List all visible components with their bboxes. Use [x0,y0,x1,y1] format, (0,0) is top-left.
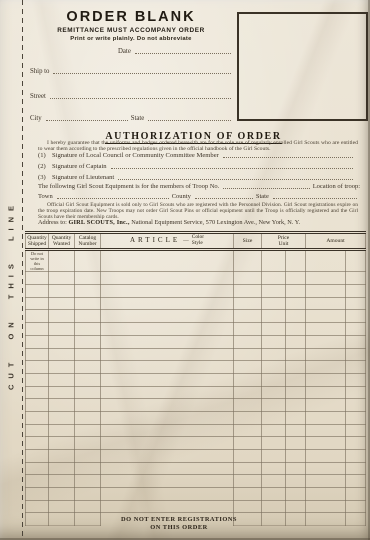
table-cell [286,323,306,336]
signature-1-number: (1) [38,152,52,159]
table-cell [101,361,234,374]
street-row: Street [30,93,234,100]
table-row [26,411,366,424]
table-cell [306,437,346,450]
troop-number-row: The following Girl Scout Equipment is fo… [38,183,360,190]
order-table-body: Do not write in this column [26,250,366,526]
table-cell [49,285,75,298]
table-cell [75,323,101,336]
footer-line-1: DO NOT ENTER REGISTRATIONS [104,516,254,524]
table-cell [49,348,75,361]
table-cell [26,488,49,501]
table-cell [75,450,101,463]
table-cell [234,361,262,374]
table-cell [346,462,366,475]
signature-3-label: Signature of Lieutenant [52,174,114,181]
table-cell [286,399,306,412]
do-not-write-note: Do not write in this column [26,251,48,271]
table-cell [26,399,49,412]
table-cell [75,361,101,374]
table-cell [262,424,286,437]
table-cell [346,250,366,272]
col-amount: Amount [306,233,366,250]
table-cell [75,285,101,298]
table-cell [26,450,49,463]
table-cell [306,399,346,412]
table-cell [75,297,101,310]
troop-state-field-line [273,197,357,199]
table-cell [286,335,306,348]
do-not-enter-registrations-note: DO NOT ENTER REGISTRATIONS ON THIS ORDER [104,516,254,532]
table-row: Do not write in this column [26,250,366,272]
table-cell [75,272,101,285]
date-row: Date [118,48,234,55]
table-cell [286,437,306,450]
footer-line-2: ON THIS ORDER [104,524,254,532]
table-cell [286,500,306,513]
form-title: ORDER BLANK [35,9,227,25]
ship-to-row: Ship to [30,68,234,75]
table-cell [49,462,75,475]
table-cell [262,250,286,272]
table-cell [234,373,262,386]
table-cell [49,386,75,399]
table-cell [262,297,286,310]
table-cell [75,386,101,399]
table-cell [26,272,49,285]
table-cell [346,488,366,501]
table-row [26,424,366,437]
signature-row-2: (2) Signature of Captain [38,163,356,170]
troop-state-label: State [256,193,269,200]
table-cell [286,450,306,463]
table-cell [101,297,234,310]
table-cell [49,475,75,488]
table-cell [49,250,75,272]
table-cell [234,348,262,361]
table-cell [26,297,49,310]
table-row [26,475,366,488]
table-cell [306,285,346,298]
table-row [26,437,366,450]
table-cell [26,424,49,437]
state-label: State [131,115,145,122]
city-label: City [30,115,42,122]
table-cell [234,386,262,399]
table-cell [286,475,306,488]
table-cell [306,310,346,323]
article-word: ARTICLE [130,237,180,245]
table-cell [346,310,366,323]
table-cell [75,475,101,488]
table-cell [26,323,49,336]
table-cell [286,348,306,361]
table-cell [101,411,234,424]
table-cell [286,513,306,526]
signature-1-line [223,156,353,158]
table-row [26,348,366,361]
date-field-line [135,52,231,54]
table-cell [234,462,262,475]
table-cell [346,500,366,513]
table-cell [234,500,262,513]
table-cell [234,297,262,310]
table-cell [346,450,366,463]
table-cell [26,475,49,488]
table-cell [262,310,286,323]
table-cell [346,399,366,412]
table-cell [26,386,49,399]
table-row [26,297,366,310]
table-row [26,323,366,336]
official-equipment-note: Official Girl Scout Equipment is sold on… [38,202,358,220]
table-cell [234,250,262,272]
table-cell [101,462,234,475]
table-cell [75,424,101,437]
county-label: County [172,193,191,200]
table-cell [306,513,346,526]
table-cell [75,437,101,450]
table-cell [26,310,49,323]
table-cell [262,450,286,463]
table-cell [26,513,49,526]
table-cell [75,348,101,361]
table-cell [262,399,286,412]
table-row [26,373,366,386]
table-cell [26,462,49,475]
table-cell [75,462,101,475]
table-cell [234,450,262,463]
table-cell [262,335,286,348]
address-row: Address to: GIRL SCOUTS, Inc., National … [38,219,358,226]
table-cell [346,323,366,336]
table-cell [49,310,75,323]
table-cell [101,488,234,501]
table-row [26,335,366,348]
table-cell [286,272,306,285]
table-cell [101,310,234,323]
table-cell [234,475,262,488]
table-cell [234,424,262,437]
table-cell [346,424,366,437]
table-cell [101,386,234,399]
town-county-state-row: Town County State [38,193,360,200]
table-cell [101,373,234,386]
table-cell [49,488,75,501]
table-header-row: Quantity Shipped Quantity Wanted Catalog… [26,233,366,250]
signature-2-label: Signature of Captain [52,163,107,170]
table-cell [346,361,366,374]
table-row [26,450,366,463]
print-plainly-note: Print or write plainly. Do not abbreviat… [35,36,227,42]
table-cell [75,310,101,323]
table-cell [286,462,306,475]
table-cell [306,488,346,501]
table-cell [262,475,286,488]
table-cell [234,310,262,323]
table-cell [346,285,366,298]
location-of-troop-label: Location of troop: [313,183,360,190]
table-cell [101,348,234,361]
signature-row-1: (1) Signature of Local Council or Commun… [38,152,356,159]
table-cell [286,424,306,437]
table-cell [262,411,286,424]
table-cell [234,335,262,348]
table-cell [101,285,234,298]
table-cell [49,323,75,336]
table-row [26,488,366,501]
table-cell [234,488,262,501]
col-quantity-wanted: Quantity Wanted [49,233,75,250]
table-cell [262,373,286,386]
table-cell [26,500,49,513]
table-cell [286,361,306,374]
table-cell [49,297,75,310]
street-label: Street [30,93,46,100]
office-use-box [237,12,368,121]
remittance-note: REMITTANCE MUST ACCOMPANY ORDER [35,27,227,34]
order-blank-form-scan: CUT ON THIS LINE ORDER BLANK REMITTANCE … [0,0,370,540]
table-cell [101,399,234,412]
table-cell [26,411,49,424]
table-cell [286,250,306,272]
table-cell [101,272,234,285]
table-cell [262,500,286,513]
signature-row-3: (3) Signature of Lieutenant [38,174,356,181]
county-field-line [195,197,253,199]
signature-3-line [118,178,353,180]
table-cell [49,411,75,424]
guarantee-paragraph: I hereby guarantee that the uniforms and… [38,140,358,153]
table-cell [346,437,366,450]
table-cell [26,348,49,361]
table-cell [262,437,286,450]
city-state-row: City State [30,115,234,122]
signature-2-number: (2) [38,163,52,170]
town-field-line [57,197,169,199]
table-cell [75,399,101,412]
table-cell [286,411,306,424]
order-table: Quantity Shipped Quantity Wanted Catalog… [25,231,366,526]
table-cell [286,285,306,298]
state-field-line [148,119,231,121]
table-cell [306,450,346,463]
table-cell [234,411,262,424]
table-cell [306,272,346,285]
table-cell [101,450,234,463]
table-cell [346,373,366,386]
table-cell [306,250,346,272]
troop-number-line [223,187,309,189]
table-cell [101,500,234,513]
table-cell [306,386,346,399]
col-quantity-shipped: Quantity Shipped [26,233,49,250]
table-cell [346,272,366,285]
table-row [26,462,366,475]
table-row [26,272,366,285]
table-cell [262,462,286,475]
date-label: Date [118,48,131,55]
table-cell [262,513,286,526]
town-label: Town [38,193,53,200]
table-cell [262,323,286,336]
table-cell [286,488,306,501]
table-cell [75,250,101,272]
col-catalog-number: Catalog Number [75,233,101,250]
table-cell [101,475,234,488]
table-cell [234,323,262,336]
table-cell [49,500,75,513]
table-cell [101,250,234,272]
table-cell [262,285,286,298]
table-cell [346,475,366,488]
table-cell [49,399,75,412]
table-cell [75,335,101,348]
signature-3-number: (3) [38,174,52,181]
table-cell [26,285,49,298]
form-header: ORDER BLANK REMITTANCE MUST ACCOMPANY OR… [35,9,227,42]
table-cell [234,399,262,412]
equipment-line-label: The following Girl Scout Equipment is fo… [38,183,219,190]
signature-1-label: Signature of Local Council or Community … [52,152,219,159]
city-field-line [46,119,128,121]
table-cell [262,488,286,501]
table-cell [346,335,366,348]
table-cell [101,335,234,348]
table-cell [49,373,75,386]
address-rest: National Equipment Service, 570 Lexingto… [131,219,300,226]
article-dash: — [183,238,189,244]
table-cell [75,373,101,386]
table-cell [306,297,346,310]
table-cell [49,361,75,374]
table-cell [49,272,75,285]
table-row [26,361,366,374]
ship-to-label: Ship to [30,68,49,75]
article-style-label: Style [192,240,203,246]
table-cell [346,297,366,310]
address-to-label: Address to: [38,219,67,226]
table-cell [306,323,346,336]
table-cell [49,437,75,450]
table-cell [286,297,306,310]
signature-2-line [111,167,353,169]
table-cell [49,513,75,526]
table-row [26,310,366,323]
table-cell [286,386,306,399]
table-cell [75,513,101,526]
col-size: Size [234,233,262,250]
table-cell [234,272,262,285]
table-cell [306,373,346,386]
table-row [26,386,366,399]
ship-to-field-line [53,72,231,74]
table-cell [75,488,101,501]
table-cell [306,361,346,374]
table-cell [346,348,366,361]
table-cell [101,424,234,437]
table-row [26,500,366,513]
cut-on-this-line-label: CUT ON THIS LINE [7,200,16,390]
table-cell [262,272,286,285]
table-cell: Do not write in this column [26,250,49,272]
col-price-unit: Price Unit [262,233,306,250]
table-cell [49,450,75,463]
table-cell [346,386,366,399]
table-cell [262,348,286,361]
table-cell [306,500,346,513]
table-cell [26,335,49,348]
table-cell [26,437,49,450]
table-row [26,285,366,298]
table-cell [26,361,49,374]
col-article: ARTICLE — Color Style [101,233,234,250]
table-cell [346,411,366,424]
girl-scouts-org-name: GIRL SCOUTS, Inc., [68,219,129,226]
table-cell [49,335,75,348]
table-cell [101,323,234,336]
street-field-line [50,97,231,99]
table-cell [75,411,101,424]
table-cell [262,386,286,399]
table-cell [306,462,346,475]
table-cell [26,373,49,386]
table-cell [101,437,234,450]
table-cell [306,424,346,437]
table-cell [306,475,346,488]
cut-dashed-line [22,0,23,540]
table-cell [286,373,306,386]
table-cell [306,348,346,361]
table-cell [234,285,262,298]
table-row [26,399,366,412]
table-cell [75,500,101,513]
table-cell [262,361,286,374]
table-cell [286,310,306,323]
table-cell [49,424,75,437]
table-cell [346,513,366,526]
table-cell [306,411,346,424]
table-cell [234,437,262,450]
table-cell [306,335,346,348]
